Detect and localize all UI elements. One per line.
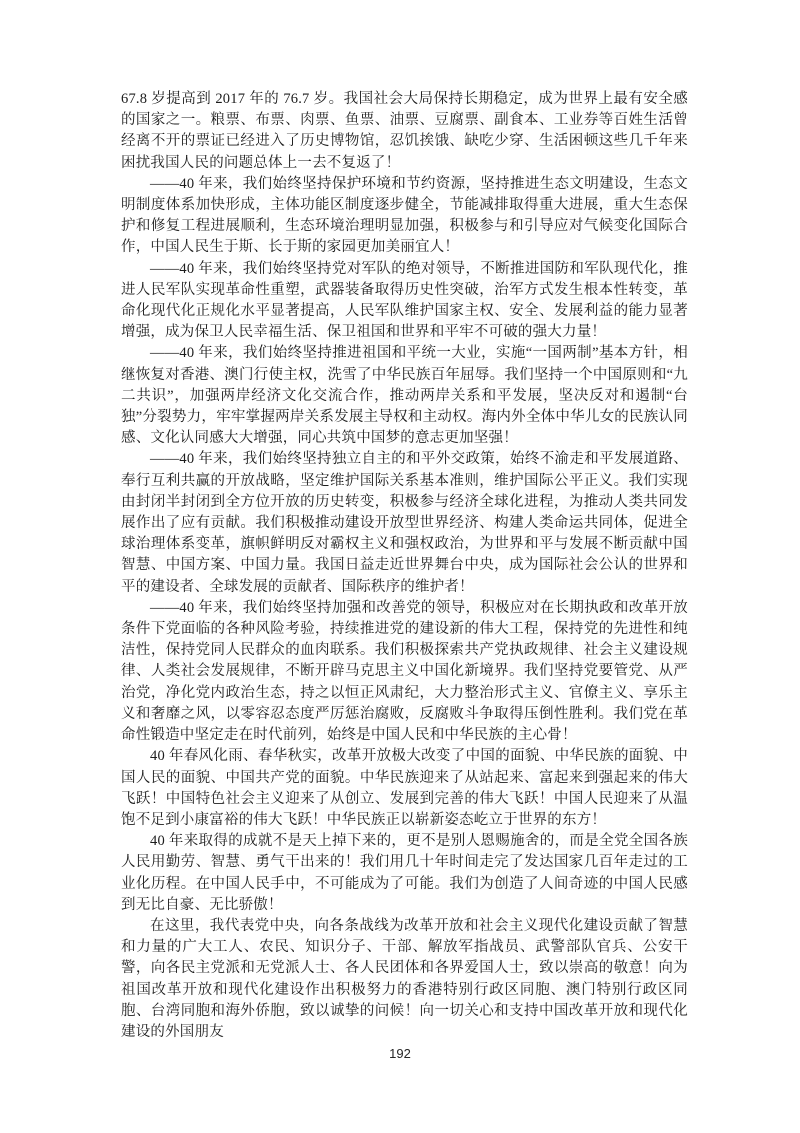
paragraph-diplomacy: ——40 年来，我们始终坚持独立自主的和平外交政策，始终不渝走和平发展道路、奉行… bbox=[121, 449, 688, 597]
page-body-text: 67.8 岁提高到 2017 年的 76.7 岁。我国社会大局保持长期稳定，成为… bbox=[121, 89, 688, 1043]
paragraph-great-leap: 40 年春风化雨、春华秋实，改革开放极大改变了中国的面貌、中华民族的面貌、中国人… bbox=[121, 746, 688, 831]
paragraph-party-building: ——40 年来，我们始终坚持加强和改善党的领导，积极应对在长期执政和改革开放条件… bbox=[121, 598, 688, 746]
paragraph-reunification: ——40 年来，我们始终坚持推进祖国和平统一大业，实施“一国两制”基本方针，相继… bbox=[121, 343, 688, 449]
document-page: 67.8 岁提高到 2017 年的 76.7 岁。我国社会大局保持长期稳定，成为… bbox=[0, 0, 800, 1133]
paragraph-achievements: 40 年来取得的成就不是天上掉下来的，更不是别人恩赐施舍的，而是全党全国各族人民… bbox=[121, 831, 688, 916]
paragraph-tribute: 在这里，我代表党中央，向各条战线为改革开放和社会主义现代化建设贡献了智慧和力量的… bbox=[121, 916, 688, 1043]
paragraph-ecology: ——40 年来，我们始终坚持保护环境和节约资源，坚持推进生态文明建设，生态文明制… bbox=[121, 174, 688, 259]
page-number: 192 bbox=[0, 1046, 800, 1061]
paragraph-military: ——40 年来，我们始终坚持党对军队的绝对领导，不断推进国防和军队现代化，推进人… bbox=[121, 259, 688, 344]
paragraph-continuation: 67.8 岁提高到 2017 年的 76.7 岁。我国社会大局保持长期稳定，成为… bbox=[121, 89, 688, 174]
